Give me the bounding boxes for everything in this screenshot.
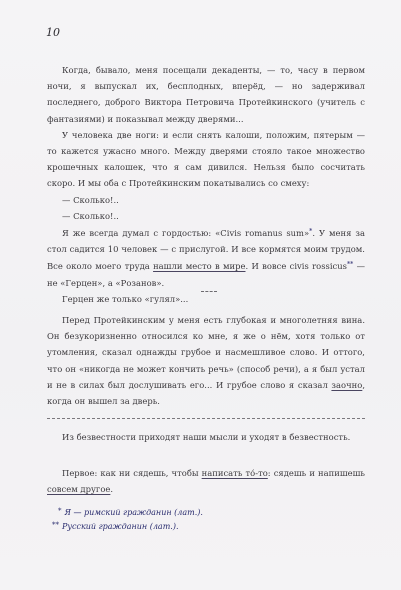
footnote-text: Русский гражданин (лат.). <box>62 522 179 531</box>
paragraph: Первое: как ни сядешь, чтобы написать то… <box>47 465 365 497</box>
book-page: 10 Когда, бывало, меня посещали декадент… <box>0 0 401 590</box>
footnotes: *Я — римский гражданин (лат.). **Русский… <box>58 505 203 533</box>
paragraph: Когда, бывало, меня посещали декаденты, … <box>47 62 365 127</box>
paragraph: Перед Протейкинским у меня есть глубокая… <box>47 312 365 409</box>
dialogue-line: — Сколько!.. <box>47 208 365 224</box>
dialogue-line: — Сколько!.. <box>47 192 365 208</box>
paragraph: Из безвестности приходят наши мысли и ух… <box>47 429 365 445</box>
underlined-phrase: нашли место в мире <box>153 261 245 271</box>
footnote-marker: ** <box>52 521 59 529</box>
paragraph: У человека две ноги: и если снять калоши… <box>47 127 365 192</box>
text-fragment: Перед Протейкинским у меня есть глубокая… <box>47 315 365 390</box>
text-fragment: . <box>110 484 113 494</box>
text-fragment: : сядешь и напишешь <box>268 468 365 478</box>
section-separator-short <box>201 291 217 293</box>
page-number: 10 <box>46 26 60 39</box>
underlined-phrase: совсем другое <box>47 484 110 494</box>
footnote-2: **Русский гражданин (лат.). <box>52 519 203 533</box>
footnote-text: Я — римский гражданин (лат.). <box>65 508 203 517</box>
underlined-phrase: заочно <box>331 380 362 390</box>
section-decadents: Когда, бывало, меня посещали декаденты, … <box>47 62 365 307</box>
footnote-1: *Я — римский гражданин (лат.). <box>58 505 203 519</box>
footnote-marker: * <box>58 507 62 515</box>
section-first: Первое: как ни сядешь, чтобы написать то… <box>47 465 365 497</box>
text-fragment: Первое: как ни сядешь, чтобы <box>62 468 202 478</box>
section-separator-long <box>47 418 365 419</box>
text-fragment: . И вовсе civis rossicus <box>246 261 347 271</box>
section-obscurity: Из безвестности приходят наши мысли и ух… <box>47 429 365 445</box>
section-guilt: Перед Протейкинским у меня есть глубокая… <box>47 312 365 409</box>
paragraph: Герцен же только «гулял»... <box>47 291 365 307</box>
text-fragment: Я же всегда думал с гордостью: «Civis ro… <box>62 228 309 238</box>
underlined-phrase: написать то́-то <box>202 468 268 478</box>
paragraph: Я же всегда думал с гордостью: «Civis ro… <box>47 224 365 291</box>
